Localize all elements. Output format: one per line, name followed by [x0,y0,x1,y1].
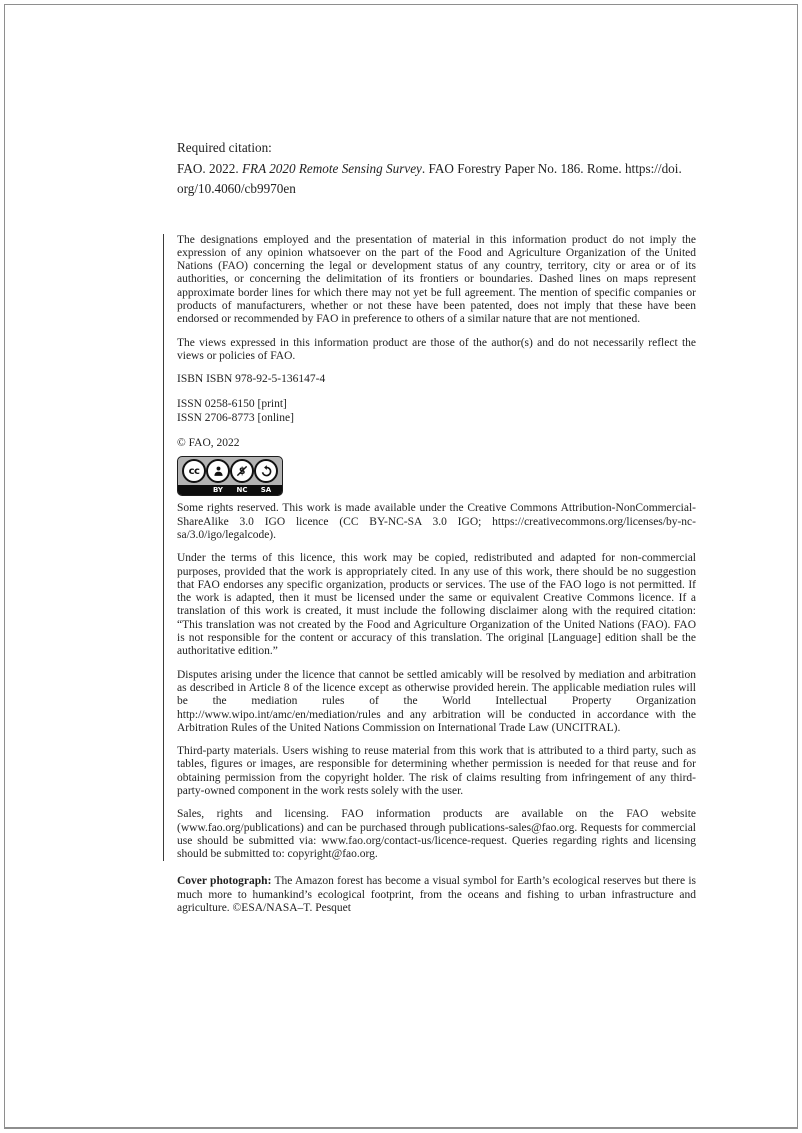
cc-badge-icons: cc $ [178,457,282,483]
sales-rights-paragraph: Sales, rights and licensing. FAO informa… [177,808,696,861]
cover-photograph-label: Cover photograph: [177,875,271,887]
issn-print-line: ISSN 0258-6150 [print] [177,398,696,411]
disputes-paragraph: Disputes arising under the licence that … [177,669,696,735]
citation-doi-line: org/10.4060/cb9970en [177,179,696,200]
issn-online-line: ISSN 2706-8773 [online] [177,412,696,425]
isbn-line: ISBN ISBN 978-92-5-136147-4 [177,373,696,386]
third-party-paragraph: Third-party materials. Users wishing to … [177,745,696,798]
nc-dollar-icon: $ [230,459,254,483]
cc-badge-labels: BY NC SA [178,485,282,495]
issn-block: ISSN 0258-6150 [print] ISSN 2706-8773 [o… [177,398,696,425]
by-person-icon [206,459,230,483]
legal-block: The designations employed and the presen… [163,234,696,862]
cover-photograph-note: Cover photograph: The Amazon forest has … [163,875,696,915]
cc-label-by: BY [213,485,223,495]
copyright-line: © FAO, 2022 [177,437,696,450]
cc-icon: cc [182,459,206,483]
cc-by-nc-sa-badge: cc $ [177,456,283,496]
cover-photograph-paragraph: Cover photograph: The Amazon forest has … [177,875,696,915]
document-page: Required citation: FAO. 2022. FRA 2020 R… [0,0,802,1133]
page-content: Required citation: FAO. 2022. FRA 2020 R… [163,138,696,915]
views-paragraph: The views expressed in this information … [177,337,696,364]
citation-prefix: FAO. 2022. [177,161,242,176]
citation-text: FAO. 2022. FRA 2020 Remote Sensing Surve… [177,159,696,180]
required-citation: Required citation: FAO. 2022. FRA 2020 R… [163,138,696,200]
designations-paragraph: The designations employed and the presen… [177,234,696,327]
licence-terms-paragraph: Under the terms of this licence, this wo… [177,552,696,658]
cc-label-sa: SA [261,485,271,495]
some-rights-paragraph: Some rights reserved. This work is made … [177,502,696,542]
citation-label: Required citation: [177,138,696,159]
citation-suffix: . FAO Forestry Paper No. 186. Rome. http… [422,161,682,176]
citation-title-italic: FRA 2020 Remote Sensing Survey [242,161,422,176]
sa-arrow-icon [254,459,278,483]
cc-label-nc: NC [237,485,248,495]
